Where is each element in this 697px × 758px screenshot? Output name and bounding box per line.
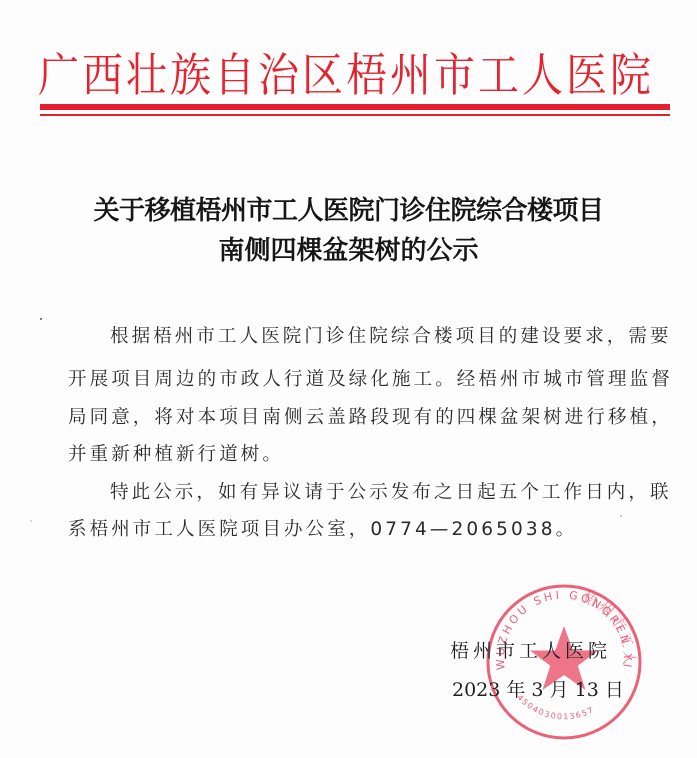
scan-speck: [620, 515, 622, 517]
scan-speck: [30, 520, 32, 522]
body-line: 系梧州市工人医院项目办公室，0774—2065038。: [68, 515, 577, 541]
body-line: 局同意，将对本项目南侧云盖路段现有的四棵盆架树进行移植，: [68, 403, 673, 429]
letterhead-title: 广西壮族自治区梧州市工人医院: [38, 44, 670, 107]
document-title-line-2: 南侧四棵盆架树的公示: [0, 230, 697, 267]
scan-speck: [230, 405, 232, 407]
document-title-line-1: 关于移植梧州市工人医院门诊住院综合楼项目: [0, 190, 697, 227]
document-page: 广西壮族自治区梧州市工人医院 关于移植梧州市工人医院门诊住院综合楼项目 南侧四棵…: [0, 0, 697, 758]
signature-organization: 梧州市工人医院: [450, 636, 611, 663]
scan-speck: [40, 318, 42, 320]
letterhead-thin-rule: [40, 114, 670, 116]
signature-date: 2023 年 3 月 13 日: [452, 675, 624, 702]
letterhead-thick-rule: [40, 104, 670, 110]
body-line: 开展项目周边的市政人行道及绿化施工。经梧州市城市管理监督: [68, 365, 673, 391]
body-line: 根据梧州市工人医院门诊住院综合楼项目的建设要求，需要: [110, 322, 672, 348]
body-line: 特此公示，如有异议请于公示发布之日起五个工作日内，联: [110, 478, 672, 504]
body-line: 并重新种植新行道树。: [68, 440, 284, 466]
